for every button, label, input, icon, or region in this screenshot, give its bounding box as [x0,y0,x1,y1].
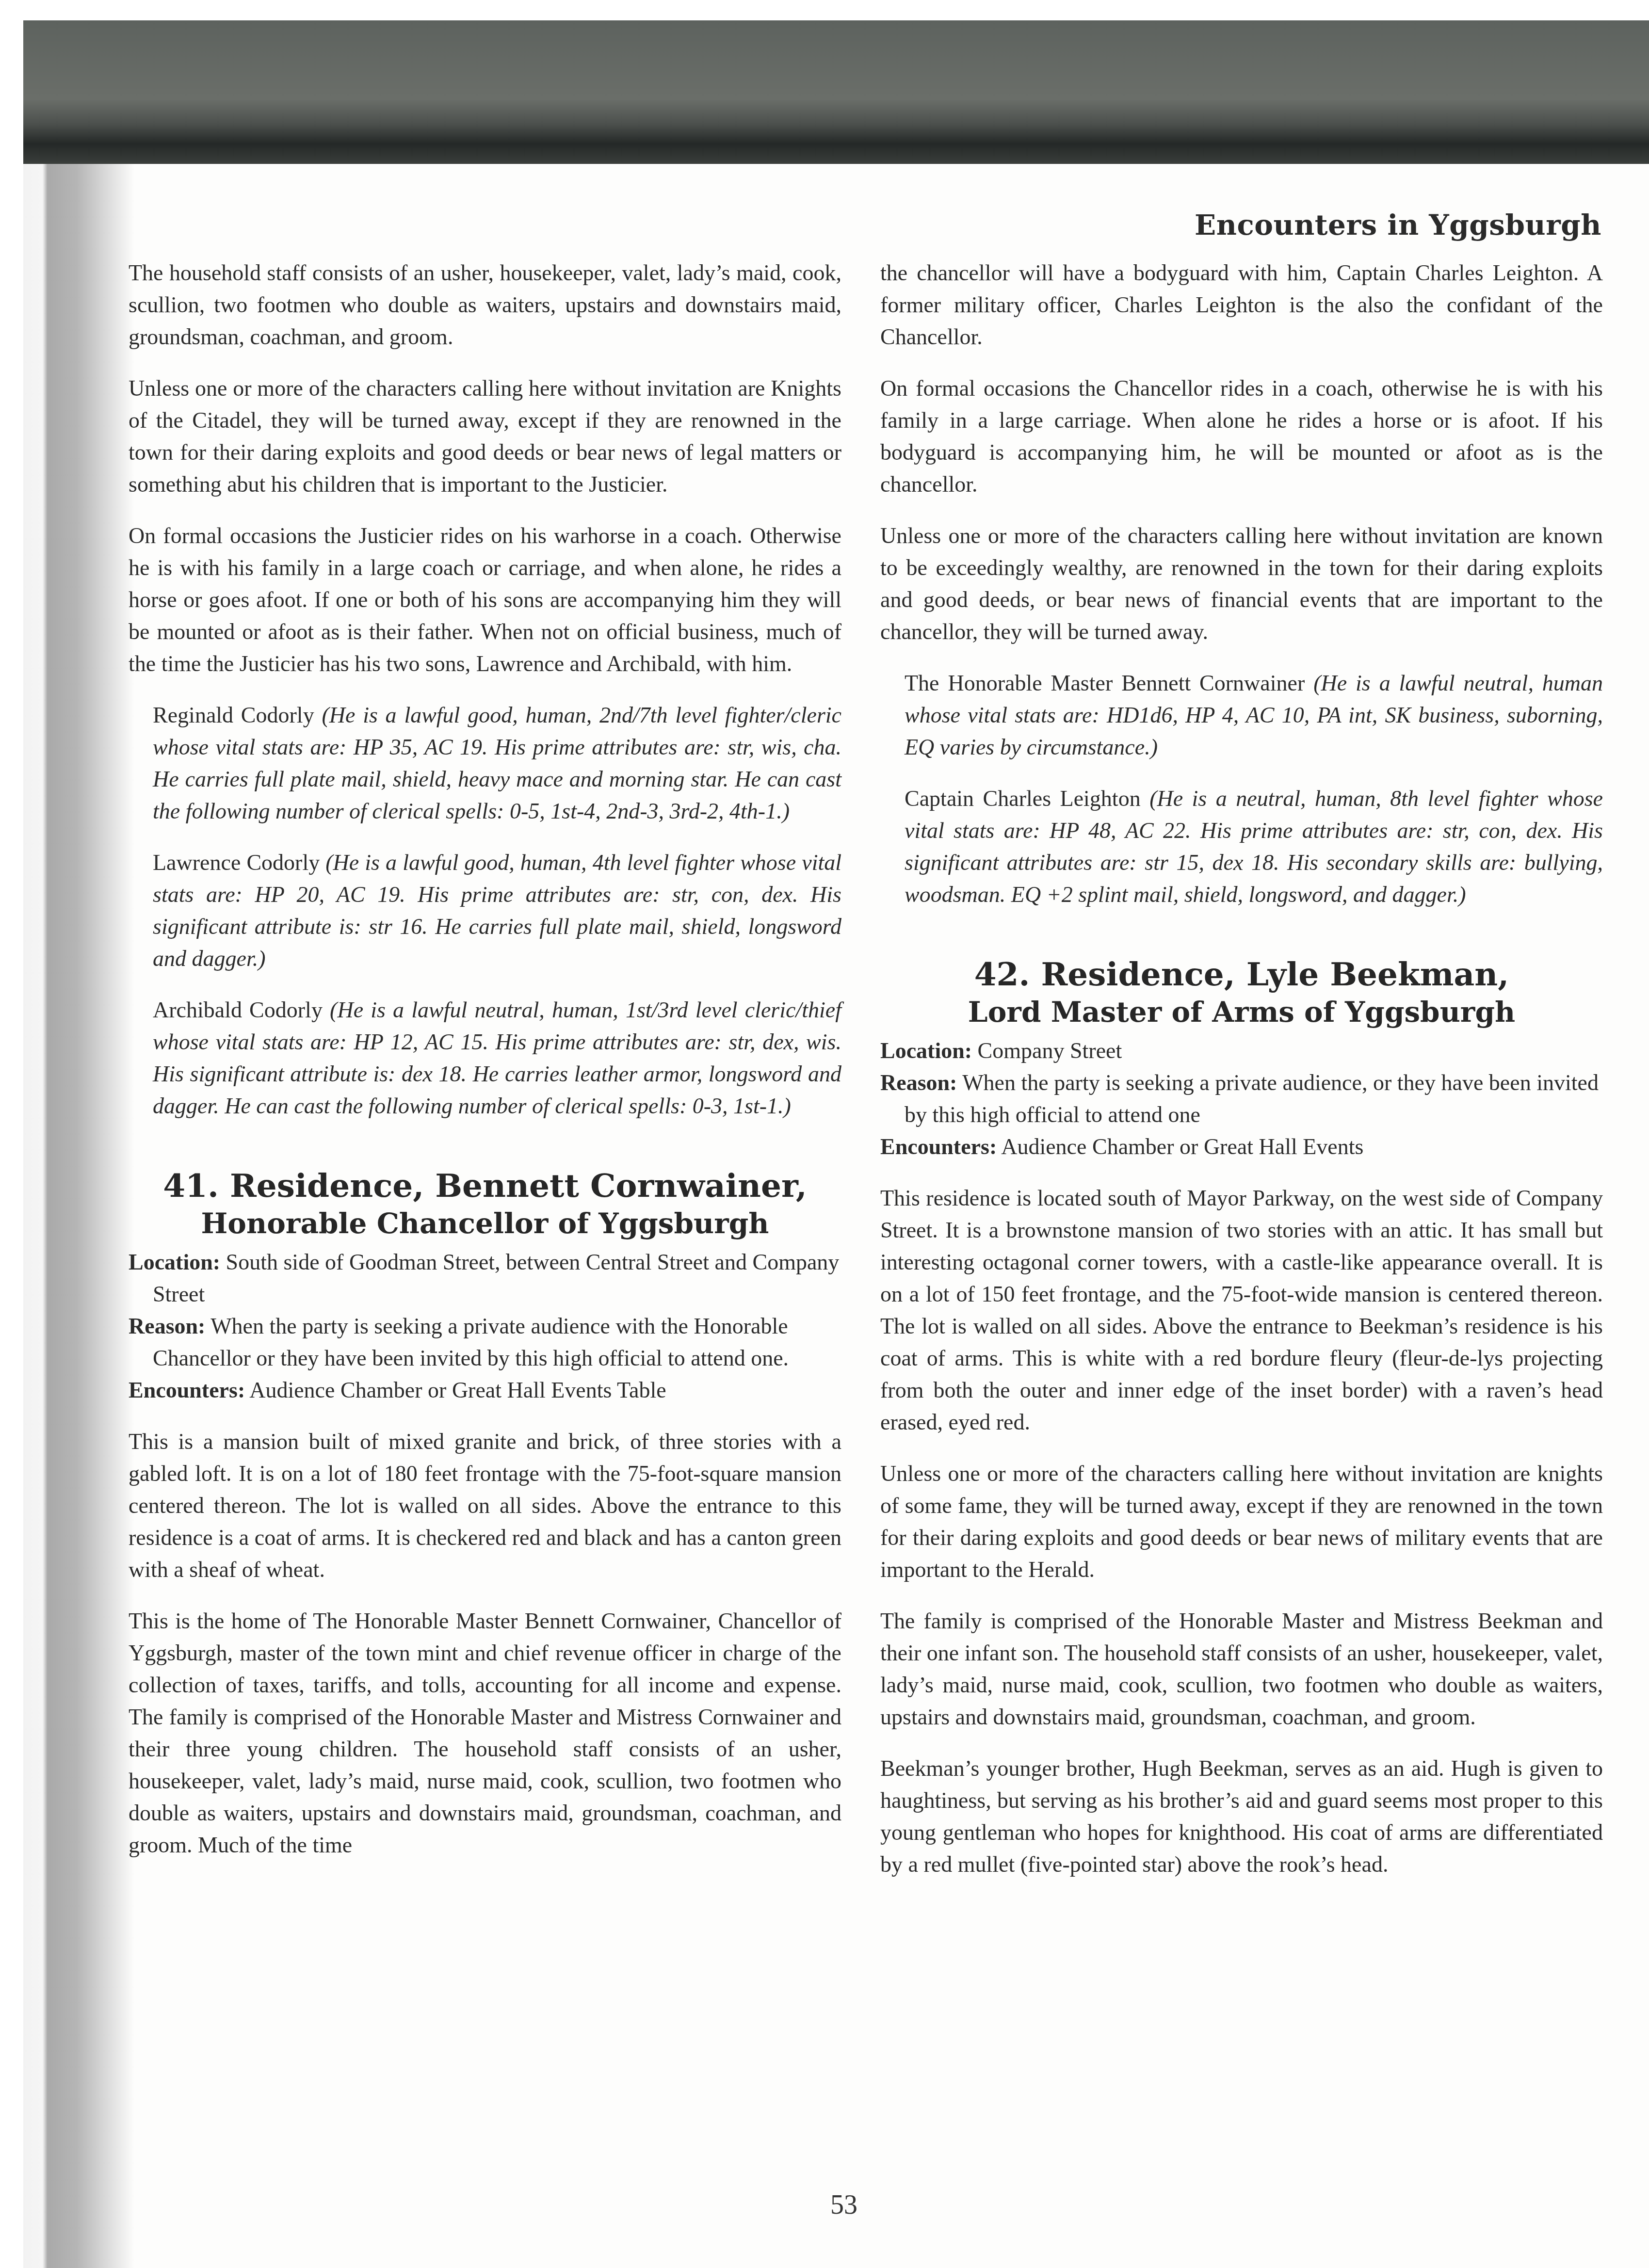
npc-entry: Lawrence Codorly (He is a lawful good, h… [153,847,841,975]
paragraph: The family is comprised of the Honorable… [880,1605,1603,1733]
section-subtitle: Lord Master of Arms of Yggsburgh [880,994,1603,1030]
npc-entry: The Honorable Master Bennett Cornwainer … [905,667,1603,763]
npc-entry: Reginald Codorly (He is a lawful good, h… [153,699,841,827]
section-meta: Location: South side of Goodman Street, … [129,1246,841,1406]
paragraph: Unless one or more of the characters cal… [880,520,1603,648]
npc-name: The Honorable Master Bennett Cornwainer [905,671,1305,695]
paragraph: This is the home of The Honorable Master… [129,1605,841,1861]
section-heading: 42. Residence, Lyle Beekman, Lord Master… [880,954,1603,1030]
paragraph: On formal occasions the Justicier rides … [129,520,841,680]
section-title: 42. Residence, Lyle Beekman, [880,954,1603,994]
left-column: The household staff consists of an usher… [129,257,841,1881]
paragraph: Unless one or more of the characters cal… [880,1458,1603,1586]
encounters-label: Encounters: [880,1134,997,1159]
paragraph: Beekman’s younger brother, Hugh Beekman,… [880,1753,1603,1881]
reason-value: When the party is seeking a private audi… [153,1314,789,1370]
section-meta: Location: Company Street Reason: When th… [880,1035,1603,1163]
location-label: Location: [129,1250,220,1274]
location-value: South side of Goodman Street, between Ce… [153,1250,839,1306]
paragraph: the chancellor will have a bodyguard wit… [880,257,1603,353]
paragraph: Unless one or more of the characters cal… [129,372,841,500]
encounters-value: Audience Chamber or Great Hall Events Ta… [249,1378,666,1402]
encounters-line: Encounters: Audience Chamber or Great Ha… [129,1374,841,1406]
page-number: 53 [824,2189,863,2220]
paragraph: This is a mansion built of mixed granite… [129,1426,841,1586]
npc-entry: Captain Charles Leighton (He is a neutra… [905,783,1603,911]
location-line: Location: South side of Goodman Street, … [129,1246,841,1310]
reason-line: Reason: When the party is seeking a priv… [880,1067,1603,1131]
encounters-value: Audience Chamber or Great Hall Events [1001,1134,1363,1159]
running-header: Encounters in Yggsburgh [1195,209,1601,241]
section-subtitle: Honorable Chancellor of Yggsburgh [129,1206,841,1241]
reason-line: Reason: When the party is seeking a priv… [129,1310,841,1374]
location-line: Location: Company Street [880,1035,1603,1067]
npc-name: Archibald Codorly [153,997,323,1022]
binding-shadow [23,164,135,2268]
encounters-line: Encounters: Audience Chamber or Great Ha… [880,1131,1603,1163]
npc-entry: Archibald Codorly (He is a lawful neutra… [153,994,841,1122]
paragraph: This residence is located south of Mayor… [880,1182,1603,1438]
reason-label: Reason: [880,1070,957,1095]
encounters-label: Encounters: [129,1378,245,1402]
section-title: 41. Residence, Bennett Cornwainer, [129,1166,841,1206]
scanner-dark-band [23,20,1649,164]
location-value: Company Street [978,1038,1122,1063]
right-column: the chancellor will have a bodyguard wit… [880,257,1603,1900]
section-heading: 41. Residence, Bennett Cornwainer, Honor… [129,1166,841,1241]
reason-value: When the party is seeking a private audi… [905,1070,1599,1127]
reason-label: Reason: [129,1314,205,1338]
paragraph: On formal occasions the Chancellor rides… [880,372,1603,500]
npc-name: Lawrence Codorly [153,850,320,875]
paragraph: The household staff consists of an usher… [129,257,841,353]
location-label: Location: [880,1038,972,1063]
npc-name: Captain Charles Leighton [905,786,1141,811]
npc-name: Reginald Codorly [153,703,314,727]
